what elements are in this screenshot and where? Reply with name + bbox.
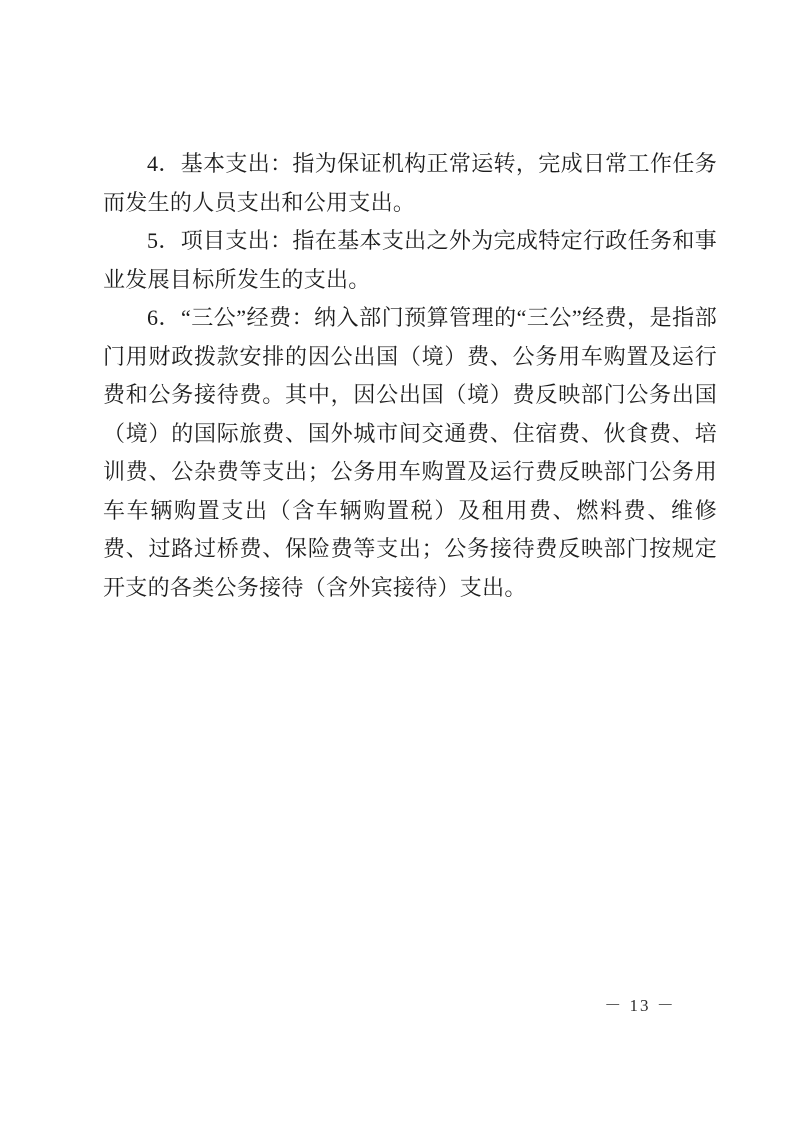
document-page: 4．基本支出：指为保证机构正常运转，完成日常工作任务而发生的人员支出和公用支出。… — [0, 0, 793, 1122]
page-number: － 13 － — [560, 991, 720, 1016]
paragraph-project-expenditure: 5．项目支出：指在基本支出之外为完成特定行政任务和事业发展目标所发生的支出。 — [103, 222, 717, 299]
paragraph-three-public-funds: 6．“三公”经费：纳入部门预算管理的“三公”经费，是指部门用财政拨款安排的因公出… — [103, 299, 717, 607]
body-text-block: 4．基本支出：指为保证机构正常运转，完成日常工作任务而发生的人员支出和公用支出。… — [103, 145, 717, 607]
paragraph-basic-expenditure: 4．基本支出：指为保证机构正常运转，完成日常工作任务而发生的人员支出和公用支出。 — [103, 145, 717, 222]
